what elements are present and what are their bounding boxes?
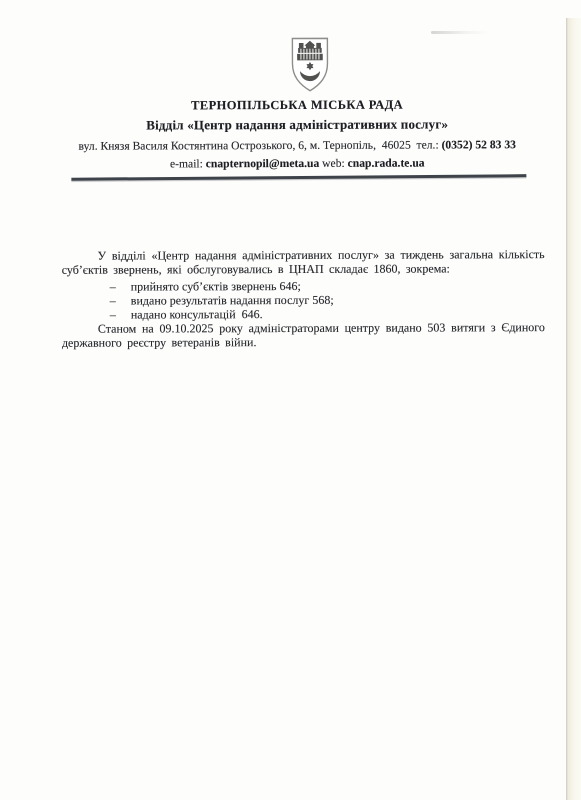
document-body: У відділі «Центр надання адміністративни… bbox=[62, 247, 545, 350]
document-sheet: ТЕРНОПІЛЬСЬКА МІСЬКА РАДА Відділ «Центр … bbox=[0, 0, 581, 800]
statistics-list: – прийнято суб’єктів звернень 646; – вид… bbox=[62, 278, 545, 322]
list-item-text: прийнято суб’єктів звернень 646; bbox=[131, 279, 301, 294]
header-divider bbox=[71, 174, 526, 180]
ternopil-coat-of-arms-icon bbox=[287, 36, 333, 94]
scanned-document: ТЕРНОПІЛЬСЬКА МІСЬКА РАДА Відділ «Центр … bbox=[0, 0, 581, 800]
website-address: cnap.rada.te.ua bbox=[348, 157, 425, 170]
scan-artifact bbox=[431, 31, 489, 34]
paragraph-weekly-summary: У відділі «Центр надання адміністративни… bbox=[62, 247, 545, 277]
coat-of-arms-graphic bbox=[287, 36, 333, 94]
web-label: web: bbox=[319, 157, 347, 170]
paragraph-registry-extracts: Станом на 09.10.2025 року адміністратора… bbox=[62, 320, 545, 350]
address-text: вул. Князя Василя Костянтина Острозького… bbox=[79, 138, 442, 152]
organization-name: ТЕРНОПІЛЬСЬКА МІСЬКА РАДА bbox=[10, 97, 581, 114]
list-dash: – bbox=[110, 294, 131, 308]
list-dash: – bbox=[110, 308, 131, 322]
address-line: вул. Князя Василя Костянтина Острозького… bbox=[10, 138, 581, 153]
list-dash: – bbox=[110, 280, 131, 294]
list-item-text: видано результатів надання послуг 568; bbox=[131, 293, 334, 308]
phone-number: (0352) 52 83 33 bbox=[442, 138, 516, 151]
email-label: e-mail: bbox=[170, 157, 206, 170]
department-name: Відділ «Центр надання адміністративних п… bbox=[10, 116, 581, 134]
contact-line: e-mail: cnapternopil@meta.ua web: cnap.r… bbox=[10, 156, 581, 171]
email-address: cnapternopil@meta.ua bbox=[206, 157, 320, 170]
scan-page-edge bbox=[566, 18, 581, 800]
list-item-text: надано консультацій 646. bbox=[131, 307, 263, 321]
